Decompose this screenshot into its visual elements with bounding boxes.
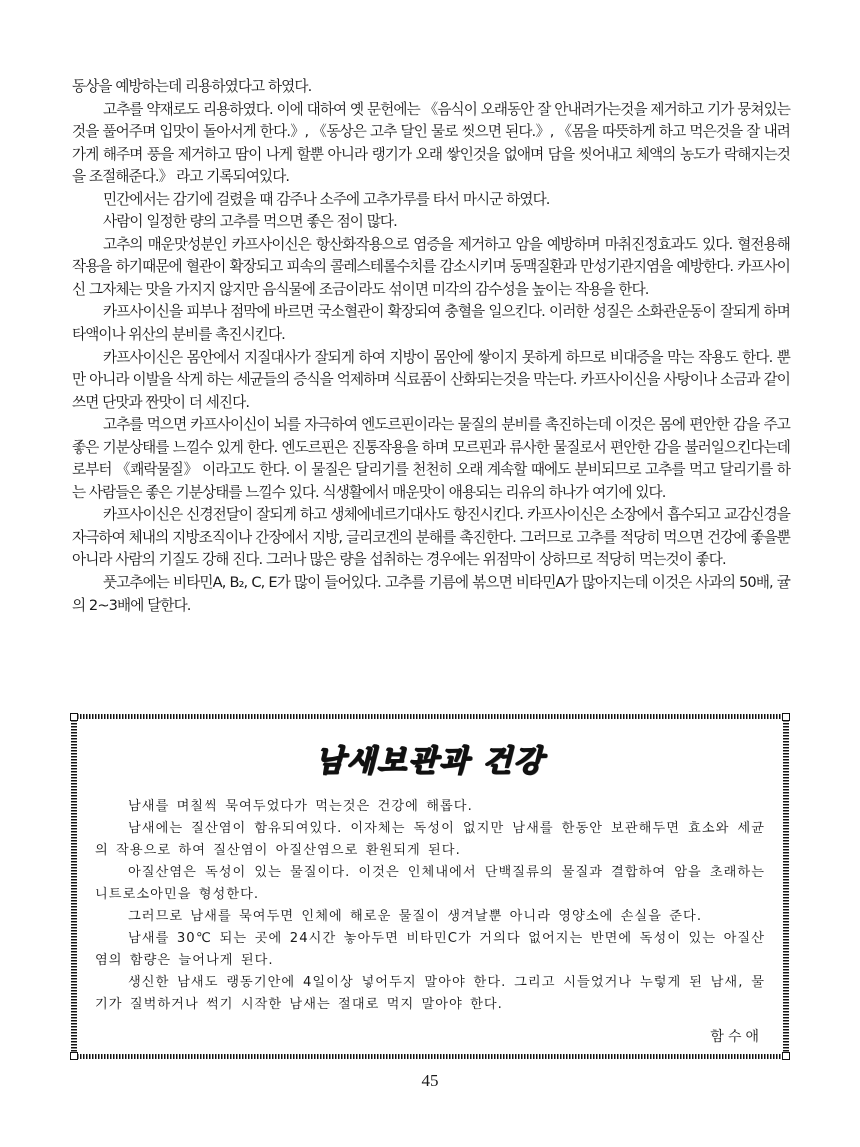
article-paragraph: 사람이 일정한 량의 고추를 먹으면 좋은 점이 많다. [72, 211, 790, 234]
article-paragraph: 풋고추에는 비타민A, B₂, C, E가 많이 들어있다. 고추를 기름에 볶… [72, 572, 790, 617]
border-corner-icon [782, 1052, 790, 1060]
article-paragraph: 카프사이신은 신경전달이 잘되게 하고 생체에네르기대사도 항진시킨다. 카프사… [72, 504, 790, 572]
article-paragraph: 고추를 약재로도 리용하였다. 이에 대하여 옛 문헌에는 《음식이 오래동안 … [72, 99, 790, 189]
sidebar-box-body: 남새를 며칠씩 묵여두었다가 먹는것은 건강에 해롭다. 남새에는 질산염이 함… [95, 796, 765, 1016]
author-name: 함수애 [710, 1026, 763, 1046]
article-body: 동상을 예방하는데 리용하였다고 하였다. 고추를 약재로도 리용하였다. 이에… [72, 76, 790, 617]
border-corner-icon [782, 713, 790, 721]
sidebar-paragraph: 아질산염은 독성이 있는 물질이다. 이것은 인체내에서 단백질류의 물질과 결… [95, 862, 765, 906]
sidebar-paragraph: 남새를 며칠씩 묵여두었다가 먹는것은 건강에 해롭다. [95, 796, 765, 818]
sidebar-box-title: 남새보관과 건강 [71, 736, 789, 780]
document-page: 동상을 예방하는데 리용하였다고 하였다. 고추를 약재로도 리용하였다. 이에… [0, 0, 860, 1147]
border-corner-icon [70, 1052, 78, 1060]
decorative-border-top [71, 714, 789, 719]
sidebar-paragraph: 그러므로 남새를 묵여두면 인체에 해로운 물질이 생겨날뿐 아니라 영양소에 … [95, 906, 765, 928]
sidebar-box: 남새보관과 건강 남새를 며칠씩 묵여두었다가 먹는것은 건강에 해롭다. 남새… [71, 714, 789, 1059]
article-paragraph: 카프사이신은 몸안에서 지질대사가 잘되게 하여 지방이 몸안에 쌓이지 못하게… [72, 347, 790, 415]
sidebar-paragraph: 생신한 남새도 랭동기안에 4일이상 넣어두지 말아야 한다. 그리고 시들었거… [95, 972, 765, 1016]
article-paragraph: 카프사이신을 피부나 점막에 바르면 국소혈관이 확장되여 충혈을 일으킨다. … [72, 301, 790, 346]
decorative-border-bottom [71, 1054, 789, 1059]
border-corner-icon [70, 713, 78, 721]
article-paragraph: 고추를 먹으면 카프사이신이 뇌를 자극하여 엔도르핀이라는 물질의 분비를 촉… [72, 414, 790, 504]
article-paragraph: 민간에서는 감기에 걸렸을 때 감주나 소주에 고추가루를 타서 마시군 하였다… [72, 189, 790, 212]
page-number: 45 [0, 1071, 860, 1091]
sidebar-paragraph: 남새에는 질산염이 함유되여있다. 이자체는 독성이 없지만 남새를 한동안 보… [95, 818, 765, 862]
article-paragraph: 고추의 매운맛성분인 카프사이신은 항산화작용으로 염증을 제거하고 암을 예방… [72, 234, 790, 302]
article-paragraph: 동상을 예방하는데 리용하였다고 하였다. [72, 76, 790, 99]
sidebar-paragraph: 남새를 30℃ 되는 곳에 24시간 놓아두면 비타민C가 거의다 없어지는 반… [95, 928, 765, 972]
